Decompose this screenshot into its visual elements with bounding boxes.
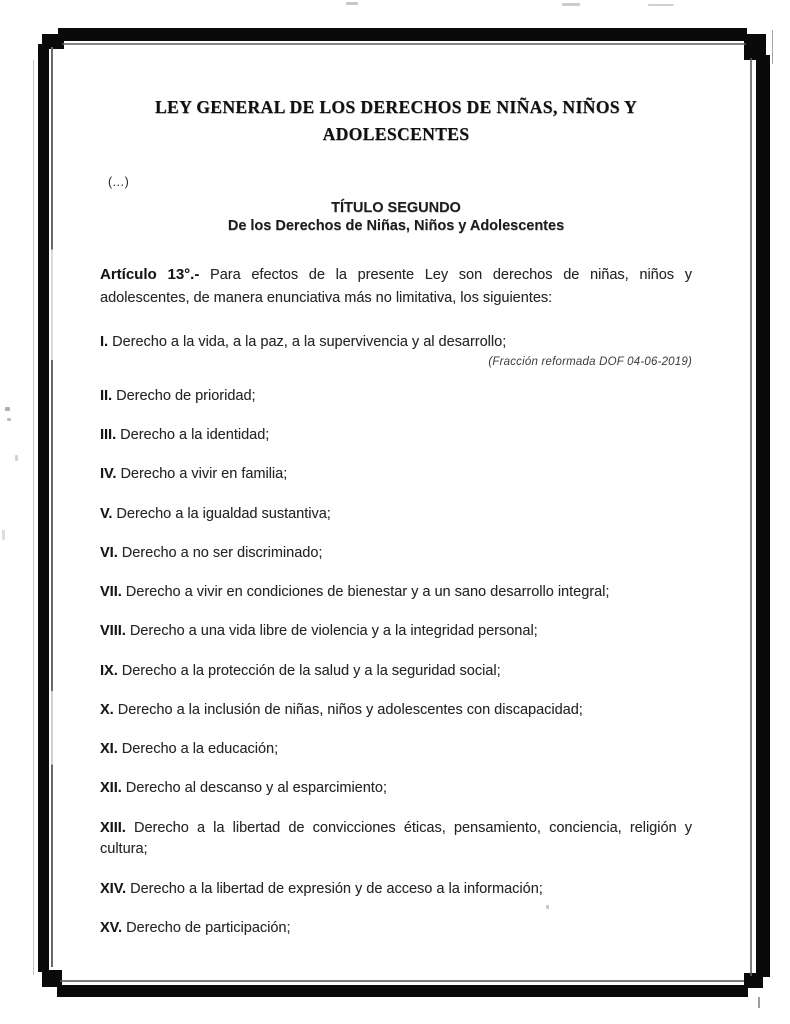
article-intro: Artículo 13°.- Para efectos de la presen… — [100, 263, 692, 309]
item-numeral: IX. — [100, 663, 118, 679]
item-numeral: XI. — [100, 741, 118, 757]
item-text: Derecho de prioridad; — [116, 388, 255, 404]
scan-speck — [2, 530, 5, 540]
document-title-line2: ADOLESCENTES — [100, 121, 692, 148]
document-content: LEY GENERAL DE LOS DERECHOS DE NIÑAS, NI… — [100, 0, 692, 940]
rights-list: I. Derecho a la vida, a la paz, a la sup… — [100, 332, 692, 940]
document-page: LEY GENERAL DE LOS DERECHOS DE NIÑAS, NI… — [0, 0, 790, 1024]
item-numeral: III. — [100, 427, 116, 443]
scan-speck — [7, 418, 11, 421]
item-numeral: VIII. — [100, 623, 126, 639]
list-item: IV. Derecho a vivir en familia; — [100, 464, 692, 486]
list-item: XII. Derecho al descanso y al esparcimie… — [100, 778, 692, 800]
item-numeral: II. — [100, 388, 112, 404]
frame-corner-top-left — [42, 34, 64, 49]
list-item: III. Derecho a la identidad; — [100, 425, 692, 447]
item-numeral: VII. — [100, 584, 122, 600]
amendment-note: (Fracción reformada DOF 04-06-2019) — [100, 356, 692, 368]
item-text: Derecho a la libertad de convicciones ét… — [100, 820, 692, 858]
item-numeral: XIII. — [100, 820, 126, 836]
scan-speck — [5, 407, 10, 411]
item-numeral: IV. — [100, 466, 116, 482]
list-item: XIII. Derecho a la libertad de conviccio… — [100, 818, 692, 862]
list-item: VII. Derecho a vivir en condiciones de b… — [100, 582, 692, 604]
list-item: XI. Derecho a la educación; — [100, 739, 692, 761]
item-text: Derecho de participación; — [126, 920, 290, 936]
frame-inner-line-left — [51, 47, 53, 967]
frame-outer-line-left — [33, 60, 34, 975]
item-numeral: X. — [100, 702, 114, 718]
frame-inner-line-bottom — [60, 980, 744, 982]
item-numeral: XV. — [100, 920, 122, 936]
list-item: VI. Derecho a no ser discriminado; — [100, 543, 692, 565]
item-numeral: XIV. — [100, 881, 126, 897]
frame-corner-top-right — [744, 34, 766, 60]
item-text: Derecho a vivir en familia; — [120, 466, 287, 482]
item-text: Derecho a la inclusión de niñas, niños y… — [118, 702, 583, 718]
list-item: IX. Derecho a la protección de la salud … — [100, 661, 692, 683]
document-title: LEY GENERAL DE LOS DERECHOS DE NIÑAS, NI… — [100, 94, 692, 148]
frame-corner-bottom-left — [42, 970, 62, 987]
list-item: XIV. Derecho a la libertad de expresión … — [100, 879, 692, 901]
scan-speck — [15, 455, 18, 461]
item-text: Derecho a la vida, a la paz, a la superv… — [112, 334, 506, 350]
item-numeral: I. — [100, 334, 108, 350]
item-text: Derecho a la identidad; — [120, 427, 269, 443]
item-text: Derecho a vivir en condiciones de bienes… — [126, 584, 610, 600]
item-text: Derecho a la protección de la salud y a … — [122, 663, 501, 679]
item-text: Derecho a no ser discriminado; — [122, 545, 323, 561]
item-text: Derecho a la educación; — [122, 741, 278, 757]
item-text: Derecho a la igualdad sustantiva; — [116, 506, 330, 522]
frame-outer-line-bottom-right — [758, 997, 760, 1008]
frame-bar-left — [38, 44, 49, 972]
list-item: X. Derecho a la inclusión de niñas, niño… — [100, 700, 692, 722]
item-text: Derecho a una vida libre de violencia y … — [130, 623, 538, 639]
frame-corner-bottom-right — [744, 973, 763, 988]
article-number-label: Artículo 13°.- — [100, 266, 199, 283]
omitted-text-marker: (...) — [108, 175, 692, 189]
item-numeral: V. — [100, 506, 112, 522]
list-item: V. Derecho a la igualdad sustantiva; — [100, 504, 692, 526]
item-numeral: VI. — [100, 545, 118, 561]
item-text: Derecho al descanso y al esparcimiento; — [126, 780, 387, 796]
list-item: II. Derecho de prioridad; — [100, 386, 692, 408]
list-item: VIII. Derecho a una vida libre de violen… — [100, 621, 692, 643]
item-text: Derecho a la libertad de expresión y de … — [130, 881, 543, 897]
list-item: I. Derecho a la vida, a la paz, a la sup… — [100, 332, 692, 354]
section-heading: TÍTULO SEGUNDO — [100, 200, 692, 216]
section-subheading: De los Derechos de Niñas, Niños y Adoles… — [100, 218, 692, 234]
list-item: XV. Derecho de participación; — [100, 918, 692, 940]
item-numeral: XII. — [100, 780, 122, 796]
frame-inner-line-right — [750, 58, 752, 976]
frame-bar-bottom — [57, 985, 748, 997]
document-title-line1: LEY GENERAL DE LOS DERECHOS DE NIÑAS, NI… — [100, 94, 692, 121]
frame-outer-line-top-right — [772, 30, 773, 64]
frame-bar-right — [756, 55, 770, 977]
